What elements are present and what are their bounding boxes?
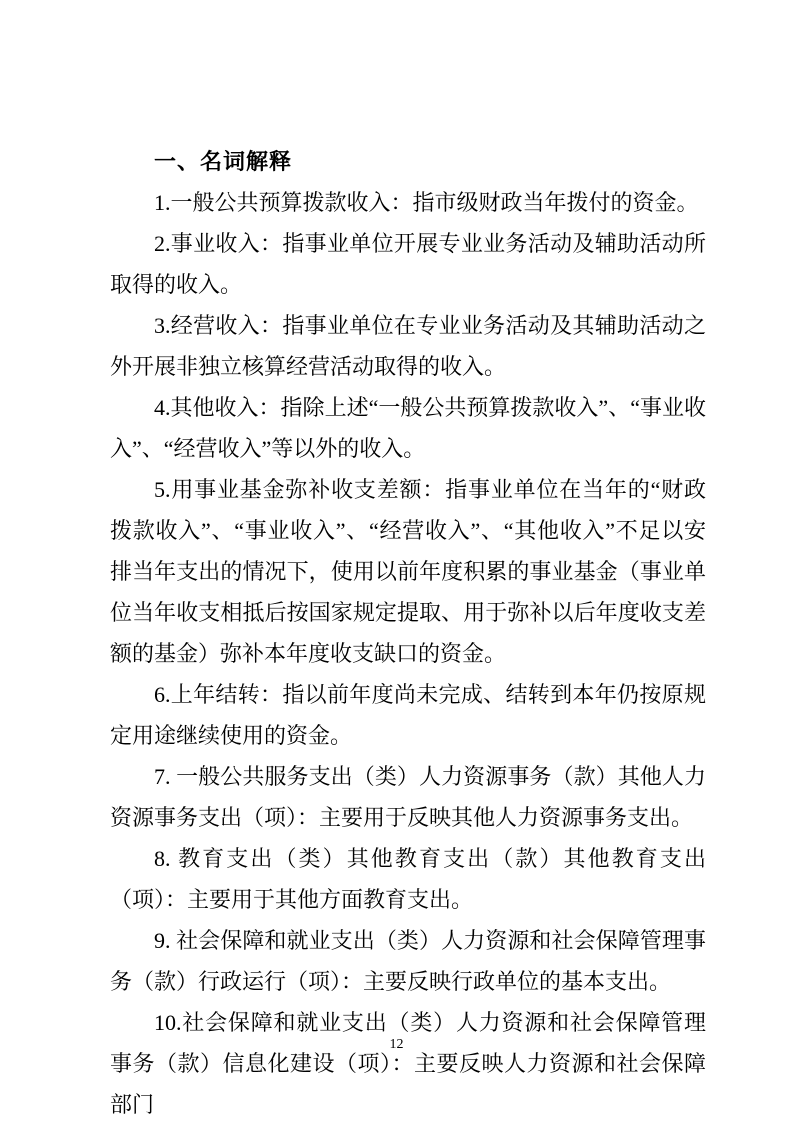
glossary-section: 一、名词解释 1.一般公共预算拨款收入：指市级财政当年拨付的资金。 2.事业收入… [110, 141, 706, 1122]
glossary-item-10: 10.社会保障和就业支出（类）人力资源和社会保障管理事务（款）信息化建设（项）：… [110, 1002, 706, 1122]
glossary-item-1: 1.一般公共预算拨款收入：指市级财政当年拨付的资金。 [110, 182, 706, 223]
glossary-item-4: 4.其他收入：指除上述“一般公共预算拨款收入”、“事业收入”、“经营收入”等以外… [110, 387, 706, 469]
document-page: 一、名词解释 1.一般公共预算拨款收入：指市级财政当年拨付的资金。 2.事业收入… [0, 0, 793, 1122]
section-heading: 一、名词解释 [110, 141, 706, 182]
glossary-item-9: 9. 社会保障和就业支出（类）人力资源和社会保障管理事务（款）行政运行（项）：主… [110, 920, 706, 1002]
glossary-item-2: 2.事业收入：指事业单位开展专业业务活动及辅助活动所取得的收入。 [110, 223, 706, 305]
glossary-item-3: 3.经营收入：指事业单位在专业业务活动及其辅助活动之外开展非独立核算经营活动取得… [110, 305, 706, 387]
glossary-item-7: 7. 一般公共服务支出（类）人力资源事务（款）其他人力资源事务支出（项）：主要用… [110, 756, 706, 838]
page-number: 12 [0, 1036, 793, 1054]
glossary-item-8: 8. 教育支出（类）其他教育支出（款）其他教育支出（项）：主要用于其他方面教育支… [110, 838, 706, 920]
glossary-item-6: 6.上年结转：指以前年度尚未完成、结转到本年仍按原规定用途继续使用的资金。 [110, 674, 706, 756]
glossary-item-5: 5.用事业基金弥补收支差额：指事业单位在当年的“财政拨款收入”、“事业收入”、“… [110, 469, 706, 674]
